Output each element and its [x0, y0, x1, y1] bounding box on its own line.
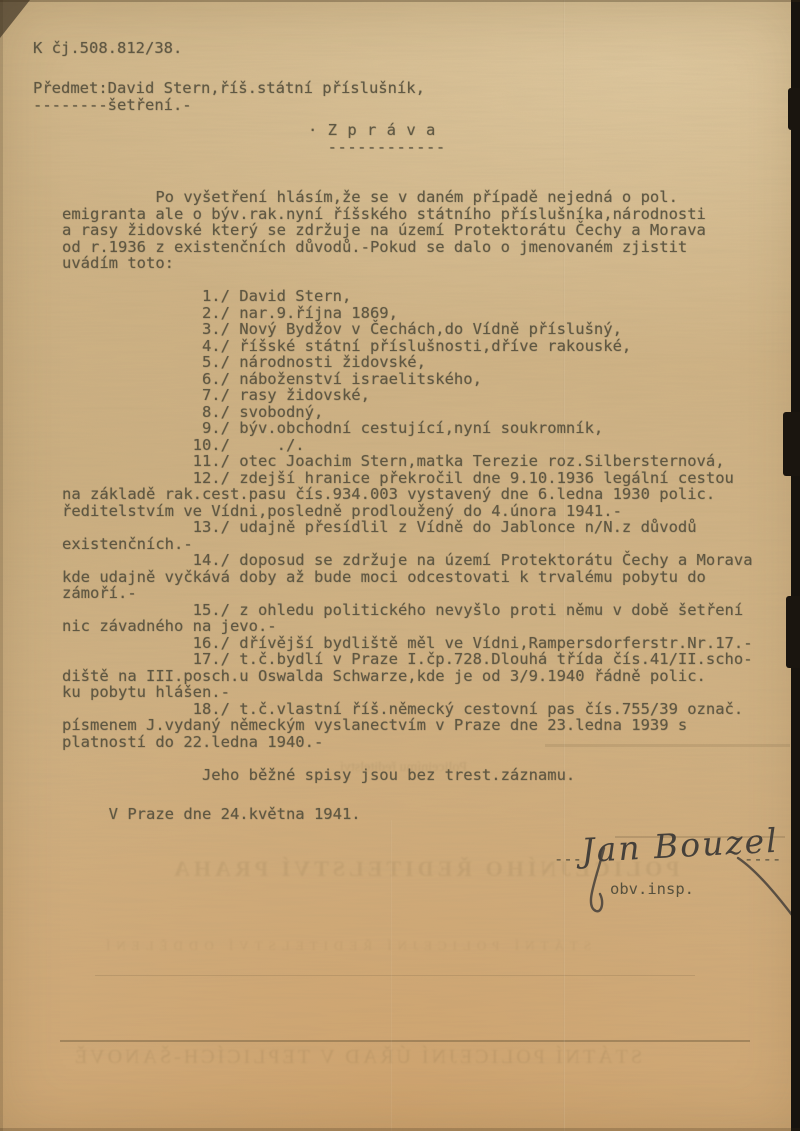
- bleed-through-text: STÁTNÍ POLICEJNÍ ŘEDITELSTVÍ ODDĚLENÍ: [100, 938, 591, 954]
- bleed-through-text: STÁTNÍ POLICEJNÍ ÚŘAD V TEPLICÍCH-ŠANOVĚ: [72, 1046, 642, 1069]
- subject-block: Předmet:David Stern,říš.státní příslušní…: [33, 80, 425, 113]
- reference-number: K čj.508.812/38.: [33, 40, 182, 57]
- bleed-through-rule: [95, 975, 695, 976]
- typed-dashes-left: ---: [554, 850, 582, 868]
- scan-edge-blemish: [788, 88, 800, 130]
- signer-rank: obv.insp.: [610, 880, 694, 898]
- bleed-through-rule: [60, 1040, 750, 1042]
- scan-edge-blemish: [786, 596, 800, 668]
- report-body: Po vyšetření hlásím,že se v daném případ…: [62, 189, 753, 783]
- signature-block: --- ---- Jan Bouzel obv.insp.: [552, 818, 800, 933]
- dateline: V Praze dne 24.května 1941.: [62, 806, 361, 823]
- scanned-document-page: Policejnímu ředitelství POLICEJNÍHO ŘEDI…: [0, 0, 800, 1131]
- scan-edge-blemish: [783, 412, 800, 476]
- scan-edge-top: [0, 0, 800, 2]
- scan-edge-right: [791, 0, 800, 1131]
- report-title: · Z p r á v a ------------: [308, 122, 446, 155]
- scan-corner-shadow: [0, 0, 30, 38]
- scan-edge-left: [0, 0, 3, 1131]
